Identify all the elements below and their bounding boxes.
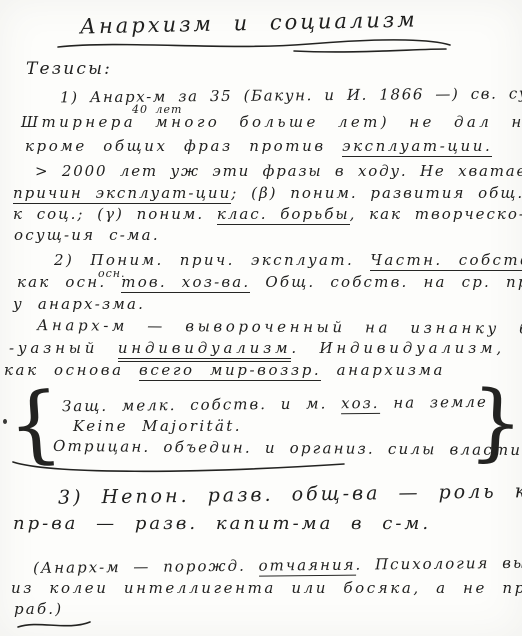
individualism-line1: Анарх-м — вывороченный на изнанку бурж. [37, 317, 522, 337]
thesis2-line3: у анарх-зма. [13, 296, 145, 313]
line-text: кроме общих фраз против [25, 137, 342, 155]
fragment-2000-line2: причин эксплуат-ции; (β) поним. развития… [13, 185, 522, 202]
thesis3-line2: пр-ва — разв. капит-ма в с-м. [13, 514, 431, 534]
fragment-2000-line3: к соц.; (γ) поним. клас. борьбы, как тво… [13, 206, 522, 223]
theses-label: Тезисы: [26, 60, 112, 79]
individualism-line3: как основа всего мир-воззр. анархизма [4, 362, 445, 379]
page-title: Анархизм и социализм [80, 8, 418, 38]
fragment-2000-line1: > 2000 лет уж эти фразы в ходу. Не хвата… [35, 163, 522, 180]
despair-note-line1: (Анарх-м — порожд. отчаяния. Психология … [33, 554, 522, 576]
line-text: Общ. собств. на ср. произв. Nil [250, 273, 522, 291]
thesis1-line1: 1) Анарх-м за 35 (Бакун. и И. 1866 —) св… [60, 85, 522, 106]
despair-note-line3: раб.) [14, 601, 63, 618]
thesis3-line1: 3) Непон. разв. общ-ва — роль крупн. [58, 480, 522, 508]
braced-note-line3: Отрицан. объедин. и организ. силы власти… [53, 438, 522, 459]
underlined-text: Частн. собств. [370, 251, 522, 271]
line-text: . Психология выбитого [355, 553, 522, 574]
final-flourish [16, 618, 96, 632]
line-text: как осн. [17, 273, 121, 291]
line-text: . Индивидуализм, [291, 339, 505, 357]
underlined-text: хоз. [341, 394, 380, 414]
fragment-2000-line4: осущ-ия с-ма. [14, 227, 160, 244]
manuscript-page: Анархизм и социализм Тезисы: 1) Анарх-м … [0, 0, 522, 636]
ink-speck [3, 419, 7, 424]
underlined-text: отчаяния [258, 556, 355, 577]
line-text: (Анарх-м — порожд. [33, 557, 259, 577]
underlined-text: клас. борьбы [217, 205, 350, 225]
thesis2-line2: как осн. тов. хоз-ва. Общ. собств. на ср… [17, 274, 522, 291]
braced-note-line2: Keine Majorität. [73, 418, 242, 435]
thesis1-line3: кроме общих фраз против эксплуат-ции. [25, 138, 492, 155]
underlined-text: всего мир-воззр. [139, 361, 321, 381]
underlined-text: эксплуат-ции. [342, 137, 492, 157]
brace-tail-flourish [10, 458, 350, 478]
underlined-text: тов. хоз-ва. [121, 273, 250, 293]
line-text: ; (β) поним. развития общ., ведущ. [231, 184, 522, 202]
despair-note-line2: из колеи интеллигента или босяка, а не п… [11, 580, 522, 597]
title-underline-flourish [54, 36, 454, 54]
line-text: анархизма [321, 361, 445, 379]
double-underlined-text: индивидуализм [118, 339, 291, 362]
line-text: на земле [379, 393, 487, 412]
thesis1-line2: Штирнера много больше лет) не дал ничего [21, 114, 522, 131]
braced-note-line1: Защ. мелк. собств. и м. хоз. на земле [62, 394, 488, 415]
line-text: к соц.; (γ) поним. [13, 205, 217, 223]
underlined-text: причин эксплуат-ции [13, 184, 231, 204]
individualism-line2: -уазный индивидуализм. Индивидуализм, [9, 340, 505, 357]
line-text: -уазный [9, 339, 118, 357]
line-text: Защ. мелк. собств. и м. [62, 394, 341, 415]
line-text: , как творческо-созид. [350, 205, 522, 223]
